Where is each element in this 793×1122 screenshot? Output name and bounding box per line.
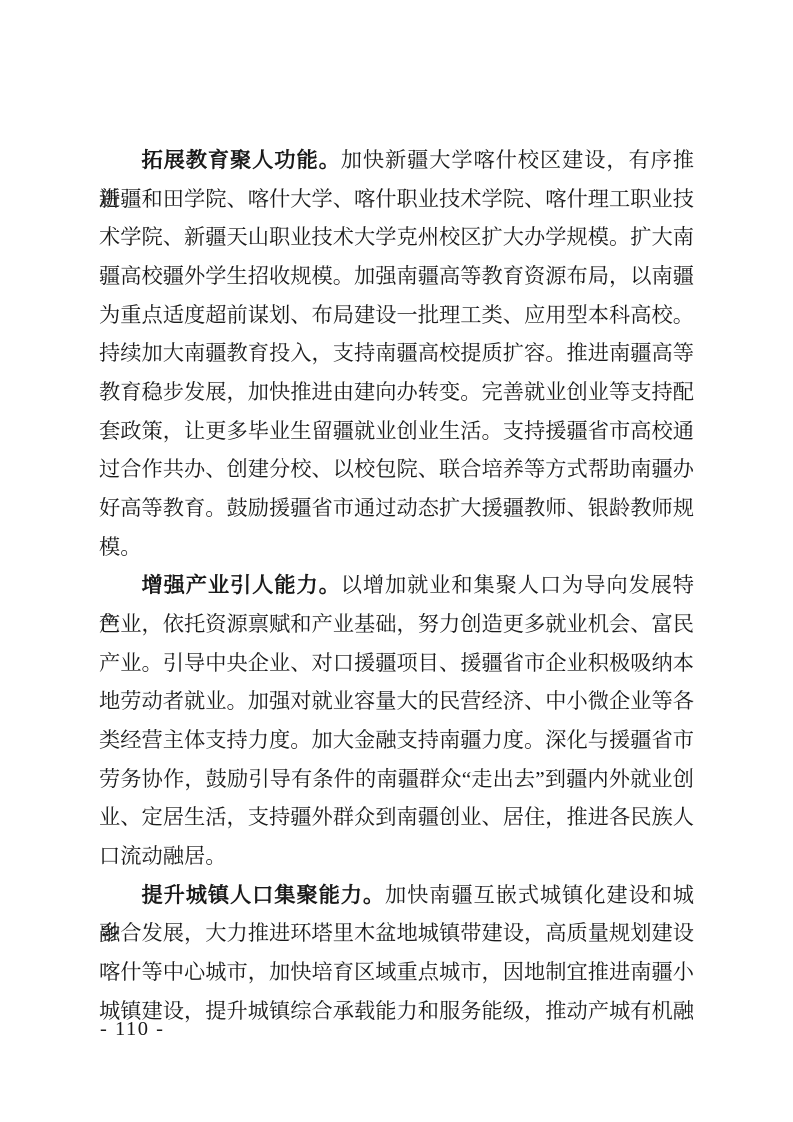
text-block: 拓展教育聚人功能。加快新疆大学喀什校区建设，有序推进 新疆和田学院、喀什大学、喀… [99,141,694,1030]
text-line: 产业，依托资源禀赋和产业基础，努力创造更多就业机会、富民 [99,605,694,644]
text-line: 模。 [99,528,694,567]
text-line: 持续加大南疆教育投入，支持南疆高校提质扩容。推进南疆高等 [99,334,694,373]
paragraph-industry: 增强产业引人能力。以增加就业和集聚人口为导向发展特色 产业，依托资源禀赋和产业基… [99,566,694,875]
text-line: 城镇建设，提升城镇综合承载能力和服务能级，推动产城有机融 [99,992,694,1031]
text-line: 业、定居生活，支持疆外群众到南疆创业、居住，推进各民族人 [99,798,694,837]
text-line: 产业。引导中央企业、对口援疆项目、援疆省市企业积极吸纳本 [99,644,694,683]
text-line: 增强产业引人能力。以增加就业和集聚人口为导向发展特色 [99,566,694,605]
text-line: 套政策，让更多毕业生留疆就业创业生活。支持援疆省市高校通 [99,412,694,451]
text-line: 喀什等中心城市，加快培育区域重点城市，因地制宜推进南疆小 [99,953,694,992]
paragraph-heading: 增强产业引人能力。 [142,573,341,597]
text-line: 拓展教育聚人功能。加快新疆大学喀什校区建设，有序推进 [99,141,694,180]
paragraph-heading: 提升城镇人口集聚能力。 [142,883,385,907]
paragraph-education: 拓展教育聚人功能。加快新疆大学喀什校区建设，有序推进 新疆和田学院、喀什大学、喀… [99,141,694,566]
document-page: 拓展教育聚人功能。加快新疆大学喀什校区建设，有序推进 新疆和田学院、喀什大学、喀… [0,0,793,1122]
paragraph-heading: 拓展教育聚人功能。 [142,148,341,172]
paragraph-urbanization: 提升城镇人口集聚能力。加快南疆互嵌式城镇化建设和城乡 融合发展，大力推进环塔里木… [99,876,694,1031]
text-line: 融合发展，大力推进环塔里木盆地城镇带建设，高质量规划建设 [99,914,694,953]
text-line: 地劳动者就业。加强对就业容量大的民营经济、中小微企业等各 [99,682,694,721]
text-line: 教育稳步发展，加快推进由建向办转变。完善就业创业等支持配 [99,373,694,412]
text-line: 术学院、新疆天山职业技术大学克州校区扩大办学规模。扩大南 [99,218,694,257]
page-number: - 110 - [100,1015,164,1043]
text-line: 新疆和田学院、喀什大学、喀什职业技术学院、喀什理工职业技 [99,180,694,219]
text-line: 劳务协作，鼓励引导有条件的南疆群众“走出去”到疆内外就业创 [99,760,694,799]
text-line: 类经营主体支持力度。加大金融支持南疆力度。深化与援疆省市 [99,721,694,760]
text-line: 提升城镇人口集聚能力。加快南疆互嵌式城镇化建设和城乡 [99,876,694,915]
text-line: 疆高校疆外学生招收规模。加强南疆高等教育资源布局，以南疆 [99,257,694,296]
text-line: 口流动融居。 [99,837,694,876]
text-line: 好高等教育。鼓励援疆省市通过动态扩大援疆教师、银龄教师规 [99,489,694,528]
text-line: 为重点适度超前谋划、布局建设一批理工类、应用型本科高校。 [99,296,694,335]
text-line: 过合作共办、创建分校、以校包院、联合培养等方式帮助南疆办 [99,450,694,489]
